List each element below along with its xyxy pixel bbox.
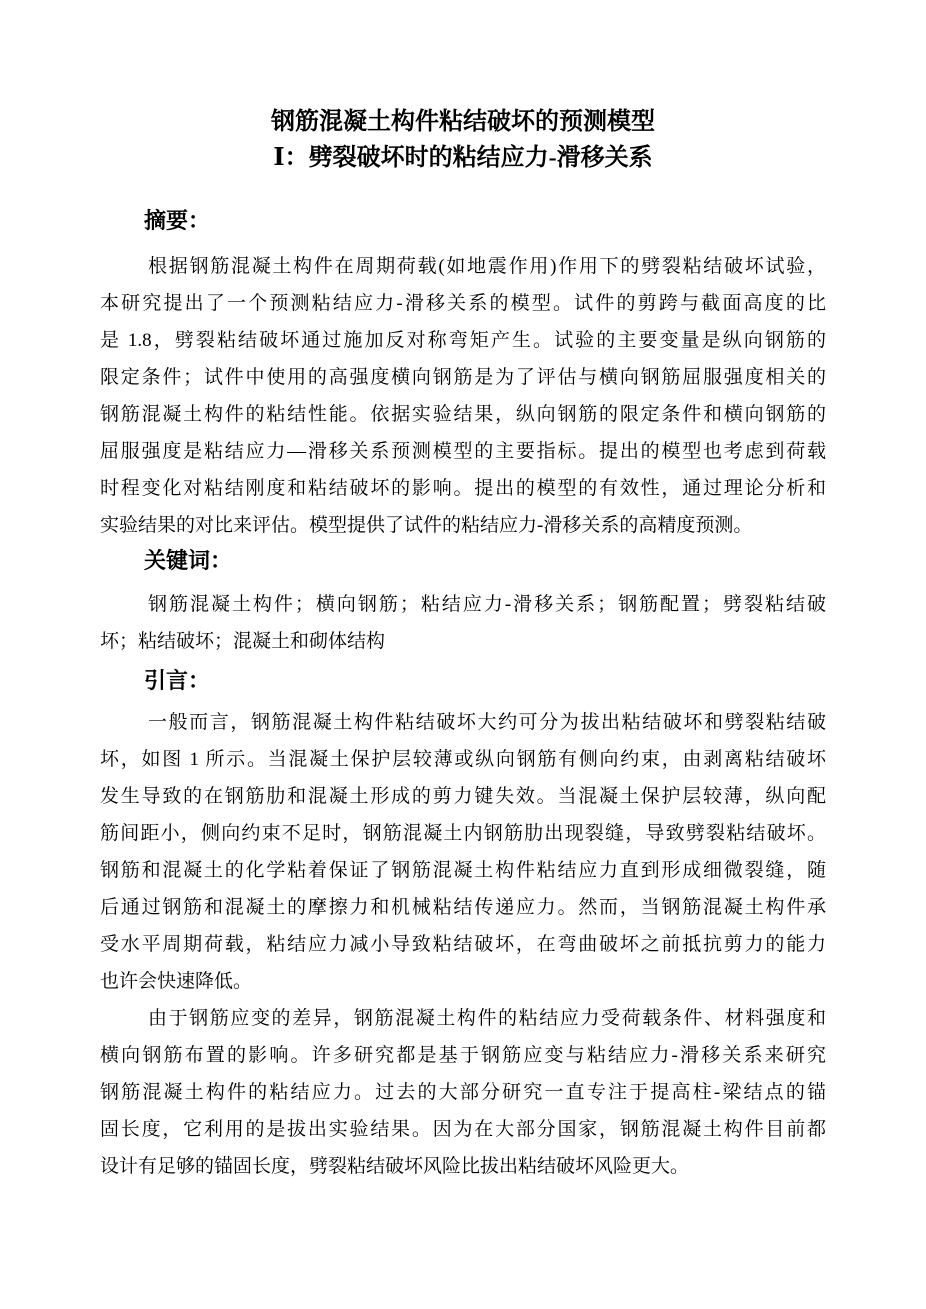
text-line: 设计有足够的锚固长度，劈裂粘结破坏风险比拔出粘结破坏风险更大。 [100, 1148, 826, 1185]
text-line: 筋间距小，侧向约束不足时，钢筋混凝土内钢筋肋出现裂缝，导致劈裂粘结破坏。 [100, 815, 826, 852]
text-line: 后通过钢筋和混凝土的摩擦力和机械粘结传递应力。然而，当钢筋混凝土构件承 [100, 889, 826, 926]
text-line: 坏，如图 1 所示。当混凝土保护层较薄或纵向钢筋有侧向约束，由剥离粘结破坏 [100, 741, 826, 778]
text-line: 横向钢筋布置的影响。许多研究都是基于钢筋应变与粘结应力-滑移关系来研究 [100, 1037, 826, 1074]
document-page: 钢筋混凝土构件粘结破坏的预测模型 Ⅰ：劈裂破坏时的粘结应力-滑移关系 摘要： 根… [0, 0, 926, 1309]
text-line: 一般而言，钢筋混凝土构件粘结破坏大约可分为拔出粘结破坏和劈裂粘结破 [100, 704, 826, 741]
text-line: 根据钢筋混凝土构件在周期荷载(如地震作用)作用下的劈裂粘结破坏试验， [100, 248, 826, 285]
abstract-heading: 摘要： [144, 206, 826, 236]
text-line: 屈服强度是粘结应力—滑移关系预测模型的主要指标。提出的模型也考虑到荷载 [100, 433, 826, 470]
text-line: 限定条件；试件中使用的高强度横向钢筋是为了评估与横向钢筋屈服强度相关的 [100, 359, 826, 396]
text-line: 也许会快速降低。 [100, 963, 826, 1000]
introduction-heading: 引言： [144, 666, 826, 696]
text-line: 固长度，它利用的是拔出实验结果。因为在大部分国家，钢筋混凝土构件目前都 [100, 1111, 826, 1148]
keywords-heading: 关键词： [144, 546, 826, 576]
abstract-paragraph: 根据钢筋混凝土构件在周期荷载(如地震作用)作用下的劈裂粘结破坏试验，本研究提出了… [100, 248, 826, 544]
text-line: 是 1.8，劈裂粘结破坏通过施加反对称弯矩产生。试验的主要变量是纵向钢筋的 [100, 322, 826, 359]
keywords-paragraph: 钢筋混凝土构件；横向钢筋；粘结应力-滑移关系；钢筋配置；劈裂粘结破坏；粘结破坏；… [100, 586, 826, 660]
text-line: 发生导致的在钢筋肋和混凝土形成的剪力键失效。当混凝土保护层较薄，纵向配 [100, 778, 826, 815]
text-line: 受水平周期荷载，粘结应力减小导致粘结破坏，在弯曲破坏之前抵抗剪力的能力 [100, 926, 826, 963]
text-line: 本研究提出了一个预测粘结应力-滑移关系的模型。试件的剪跨与截面高度的比 [100, 285, 826, 322]
text-line: 实验结果的对比来评估。模型提供了试件的粘结应力-滑移关系的高精度预测。 [100, 507, 826, 544]
document-content: 钢筋混凝土构件粘结破坏的预测模型 Ⅰ：劈裂破坏时的粘结应力-滑移关系 摘要： 根… [100, 0, 826, 1185]
text-line: 时程变化对粘结刚度和粘结破坏的影响。提出的模型的有效性，通过理论分析和 [100, 470, 826, 507]
text-line: 坏；粘结破坏；混凝土和砌体结构 [100, 623, 826, 660]
text-line: 钢筋和混凝土的化学粘着保证了钢筋混凝土构件粘结应力直到形成细微裂缝，随 [100, 852, 826, 889]
title-line-1: 钢筋混凝土构件粘结破坏的预测模型 [100, 104, 826, 140]
text-line: 钢筋混凝土构件的粘结性能。依据实验结果，纵向钢筋的限定条件和横向钢筋的 [100, 396, 826, 433]
title-line-2: Ⅰ：劈裂破坏时的粘结应力-滑移关系 [100, 140, 826, 176]
text-line: 钢筋混凝土构件的粘结应力。过去的大部分研究一直专注于提高柱-梁结点的锚 [100, 1074, 826, 1111]
text-line: 由于钢筋应变的差异，钢筋混凝土构件的粘结应力受荷载条件、材料强度和 [100, 1000, 826, 1037]
introduction-paragraph-2: 由于钢筋应变的差异，钢筋混凝土构件的粘结应力受荷载条件、材料强度和横向钢筋布置的… [100, 1000, 826, 1185]
introduction-paragraph-1: 一般而言，钢筋混凝土构件粘结破坏大约可分为拔出粘结破坏和劈裂粘结破坏，如图 1 … [100, 704, 826, 1000]
document-title: 钢筋混凝土构件粘结破坏的预测模型 Ⅰ：劈裂破坏时的粘结应力-滑移关系 [100, 0, 826, 176]
text-line: 钢筋混凝土构件；横向钢筋；粘结应力-滑移关系；钢筋配置；劈裂粘结破 [100, 586, 826, 623]
